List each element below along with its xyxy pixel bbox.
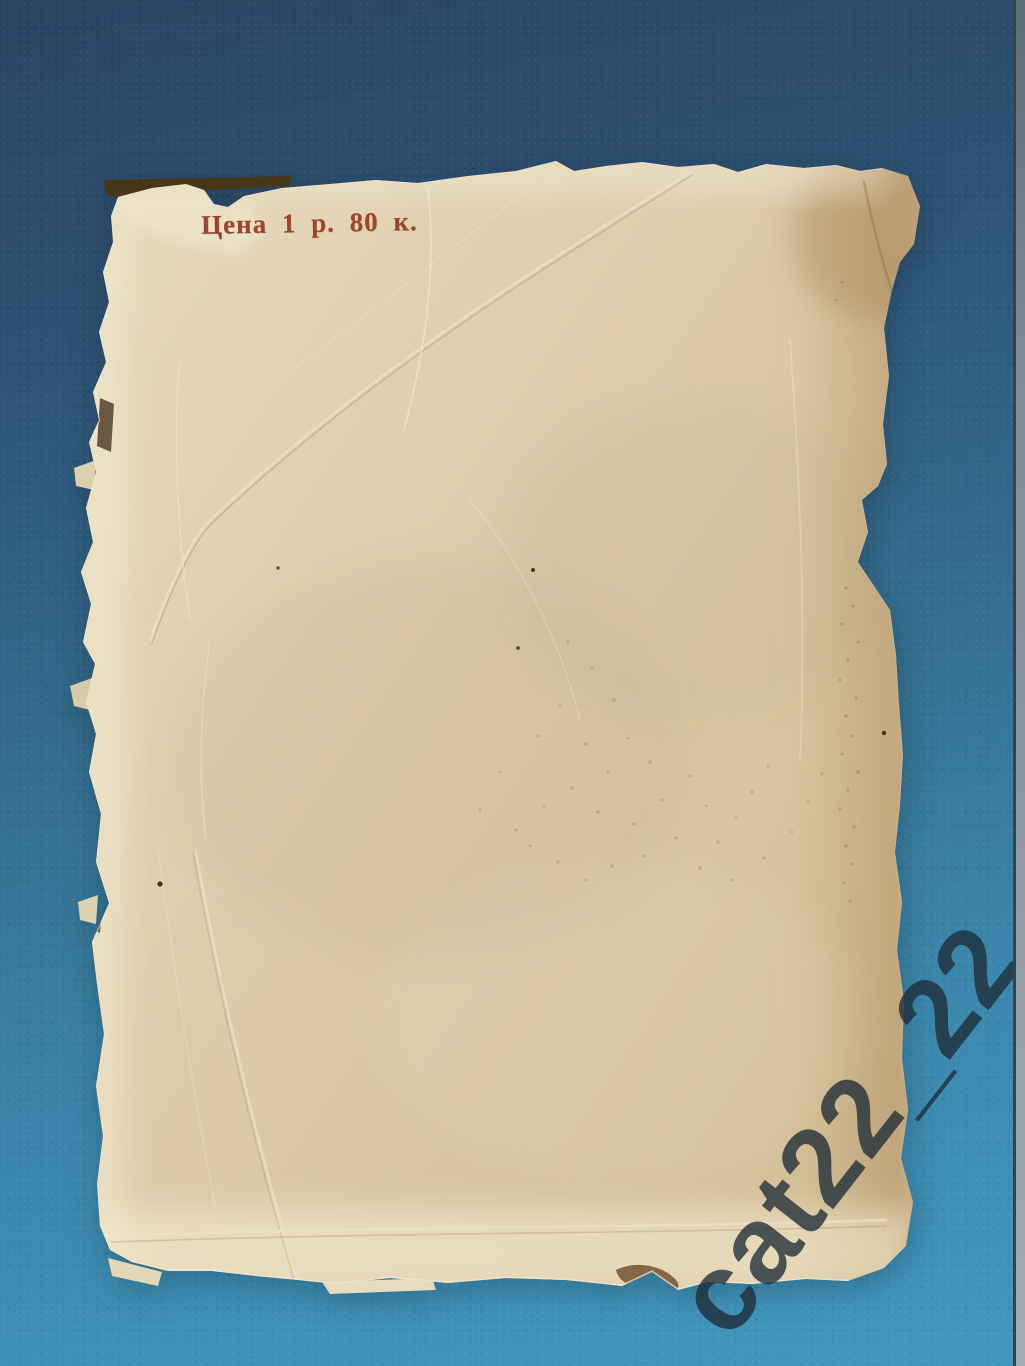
right-edge-strip [1013,0,1025,1366]
photo-book-back-cover: Цена 1 р. 80 к. cat22_22 [0,0,1025,1366]
price-text: Цена 1 р. 80 к. [201,208,418,239]
